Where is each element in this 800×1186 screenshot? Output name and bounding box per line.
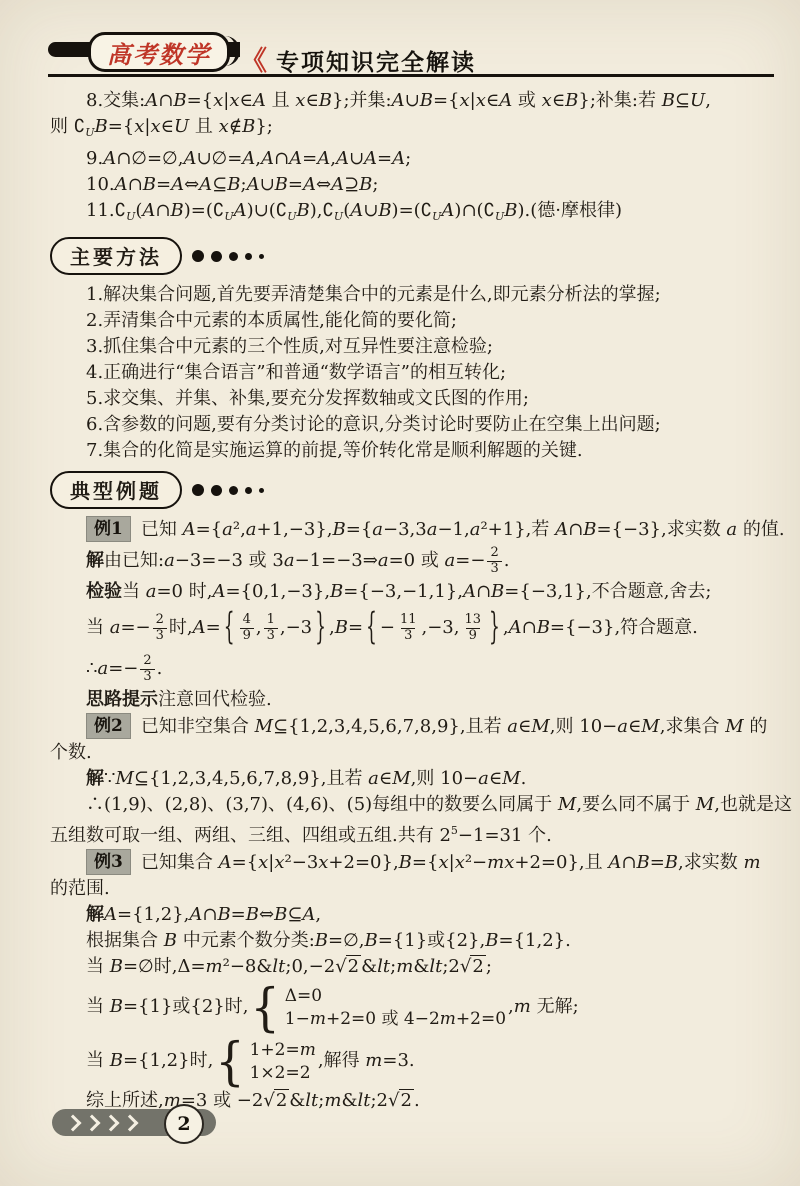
case-row: 1×2=2	[250, 1063, 316, 1083]
fraction: 23	[487, 546, 501, 576]
heading-dots	[192, 250, 264, 262]
bold-label: 解	[86, 550, 104, 571]
fraction: 13	[264, 613, 278, 643]
text-line: 思路提示注意回代检验.	[50, 687, 792, 713]
text-line: 10.A∩B=A⇔A⊆B;A∪B=A⇔A⊇B;	[50, 172, 792, 198]
text-line: 检验当 a=0 时,A={0,1,−3},B={−3,−1,1},A∩B={−3…	[50, 579, 792, 605]
heading-dot-icon	[192, 250, 204, 262]
heading-dot-icon	[192, 484, 204, 496]
text-line: 9.A∩∅=∅,A∪∅=A,A∩A=A,A∪A=A;	[50, 146, 792, 172]
chevron-icon	[122, 1114, 139, 1131]
text-line: 则 ∁UB={x|x∈U 且 x∉B};	[50, 114, 792, 146]
section-heading: 典型例题	[50, 472, 792, 508]
cases-group: {1+2=m1×2=2	[215, 1038, 316, 1084]
text-line: ∴a=−23.	[50, 651, 792, 687]
text-line: 例1已知 A={a²,a+1,−3},B={a−3,3a−1,a²+1},若 A…	[50, 516, 792, 543]
text-line: 8.交集:A∩B={x|x∈A 且 x∈B};并集:A∪B={x|x∈A 或 x…	[50, 88, 792, 114]
sqrt-expression: √2	[263, 1090, 289, 1111]
brand-badge-label: 高考数学	[107, 35, 211, 70]
fraction: 139	[461, 613, 484, 643]
heading-dot-icon	[211, 485, 222, 496]
header-rule	[48, 74, 774, 77]
page-number-badge: 2	[164, 1104, 204, 1144]
section-heading-pill: 主要方法	[50, 237, 182, 275]
bold-label: 思路提示	[86, 689, 158, 710]
text-line: 例2已知非空集合 M⊆{1,2,3,4,5,6,7,8,9},且若 a∈M,则 …	[50, 713, 792, 740]
text-line: 6.含参数的问题,要有分类讨论的意识,分类讨论时要防止在空集上出问题;	[50, 412, 792, 438]
text-line: 解A={1,2},A∩B=B⇔B⊆A,	[50, 902, 792, 928]
text-line: 当 a=−23时,A={49,13,−3},B={−113,−3,139},A∩…	[50, 605, 792, 651]
brace-icon: {	[224, 579, 235, 678]
text-line: 的范围.	[50, 876, 792, 902]
bold-label: 解	[86, 904, 104, 925]
text-line: 5.求交集、并集、补集,要充分发挥数轴或文氏图的作用;	[50, 386, 792, 412]
brace-icon: }	[489, 579, 500, 678]
text-line: 解∵M⊆{1,2,3,4,5,6,7,8,9},且若 a∈M,则 10−a∈M.	[50, 766, 792, 792]
heading-dot-icon	[259, 254, 264, 259]
text-line: 4.正确进行“集合语言”和普通“数学语言”的相互转化;	[50, 360, 792, 386]
text-line: 个数.	[50, 740, 792, 766]
example-label: 例1	[86, 516, 131, 542]
case-row: 1−m+2=0 或 4−2m+2=0	[285, 1009, 506, 1029]
heading-dot-icon	[229, 252, 238, 261]
text-line: ∴(1,9)、(2,8)、(3,7)、(4,6)、(5)每组中的数要么同属于 M…	[50, 792, 792, 818]
brace-icon: {	[215, 1035, 244, 1087]
sqrt-expression: √2	[460, 956, 486, 977]
heading-dot-icon	[211, 251, 222, 262]
brace-icon: }	[315, 579, 326, 678]
case-row: 1+2=m	[250, 1040, 316, 1060]
fraction: 23	[140, 654, 154, 684]
chevron-icon	[103, 1114, 120, 1131]
text-line: 1.解决集合问题,首先要弄清楚集合中的元素是什么,即元素分析法的掌握;	[50, 282, 792, 308]
heading-dot-icon	[245, 487, 252, 494]
footer-bar: 2	[52, 1109, 216, 1136]
heading-dot-icon	[259, 488, 264, 493]
example-label: 例3	[86, 849, 131, 875]
textbook-page: 高考数学 《 专项知识完全解读 8.交集:A∩B={x|x∈A 且 x∈B};并…	[0, 0, 800, 1186]
brand-badge: 高考数学	[88, 32, 230, 72]
section-heading: 主要方法	[50, 238, 792, 274]
math-cases-line: 当 B={1}或{2}时,{Δ=01−m+2=0 或 4−2m+2=0,m 无解…	[50, 980, 792, 1034]
text-line: 7.集合的化简是实施运算的前提,等价转化常是顺利解题的关键.	[50, 438, 792, 464]
sqrt-expression: √2	[335, 956, 361, 977]
double-angle-icon: 《	[240, 39, 267, 78]
brace-icon: {	[366, 579, 377, 678]
fraction: 49	[240, 613, 254, 643]
cases-group: {Δ=01−m+2=0 或 4−2m+2=0	[251, 984, 507, 1030]
math-cases-line: 当 B={1,2}时,{1+2=m1×2=2,解得 m=3.	[50, 1034, 792, 1088]
fraction: 113	[397, 613, 420, 643]
bold-label: 检验	[86, 581, 122, 602]
case-row: Δ=0	[285, 986, 506, 1006]
text-line: 2.弄清集合中元素的本质属性,能化简的要化简;	[50, 308, 792, 334]
sqrt-expression: √2	[388, 1090, 414, 1111]
page-number: 2	[177, 1113, 190, 1135]
text-line: 当 B=∅时,Δ=m²−8&lt;0,−2√2&lt;m&lt;2√2;	[50, 954, 792, 980]
heading-dots	[192, 484, 264, 496]
text-line: 解由已知:a−3=−3 或 3a−1=−3⇒a=0 或 a=−23.	[50, 543, 792, 579]
heading-dot-icon	[229, 486, 238, 495]
section-heading-pill: 典型例题	[50, 471, 182, 509]
chevron-icon	[84, 1114, 101, 1131]
text-line: 3.抓住集合中元素的三个性质,对互异性要注意检验;	[50, 334, 792, 360]
brace-icon: {	[251, 981, 280, 1033]
heading-dot-icon	[245, 253, 252, 260]
text-line: 根据集合 B 中元素个数分类:B=∅,B={1}或{2},B={1,2}.	[50, 928, 792, 954]
text-line: 五组数可取一组、两组、三组、四组或五组.共有 25−1=31 个.	[50, 818, 792, 849]
chevron-icon	[65, 1114, 82, 1131]
bold-label: 解	[86, 768, 104, 789]
example-label: 例2	[86, 713, 131, 739]
text-line: 例3已知集合 A={x|x²−3x+2=0},B={x|x²−mx+2=0},且…	[50, 849, 792, 876]
fraction: 23	[153, 613, 167, 643]
page-content: 8.交集:A∩B={x|x∈A 且 x∈B};并集:A∪B={x|x∈A 或 x…	[50, 88, 792, 1114]
text-line: 11.∁U(A∩B)=(∁UA)∪(∁UB),∁U(A∪B)=(∁UA)∩(∁U…	[50, 198, 792, 230]
series-title: 专项知识完全解读	[276, 44, 476, 77]
